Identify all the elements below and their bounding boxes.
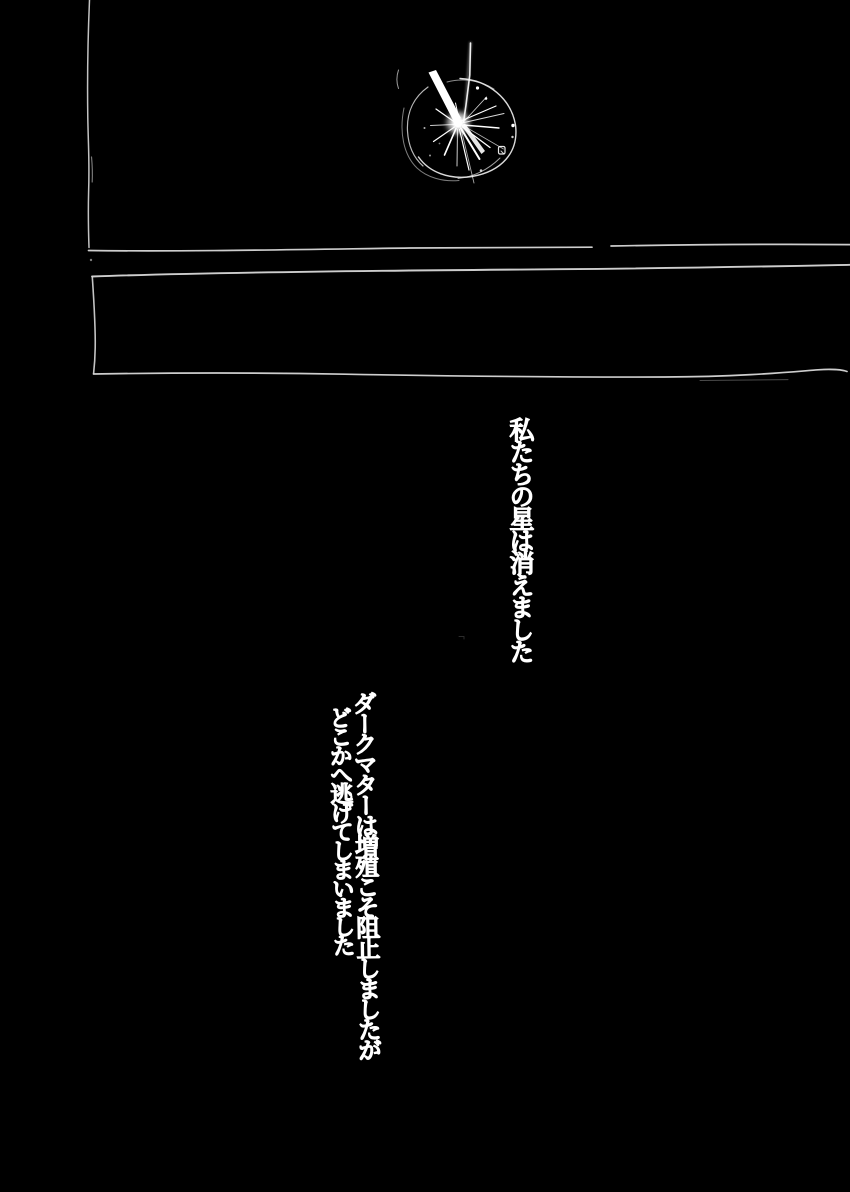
manga-page: 私たちの星は消えました ダークマターは増殖こそ阻止しましたが どこかへ逃げてしま… bbox=[0, 0, 850, 1192]
page-artwork bbox=[0, 0, 850, 1192]
stray-dot-left-margin bbox=[90, 259, 92, 261]
panel-divider-line-2 bbox=[92, 265, 850, 277]
panel-left-border-overstroke bbox=[92, 157, 93, 182]
middle-panel-left-border bbox=[92, 277, 95, 374]
panel-divider-line-1-right bbox=[611, 244, 850, 246]
panel-divider-line-3-ghost-stroke bbox=[700, 380, 788, 381]
stray-faint-mark bbox=[459, 637, 464, 640]
narration-text-dark-matter-proliferation: ダークマターは増殖こそ阻止しましたが bbox=[350, 691, 380, 1059]
panel-divider-line-3 bbox=[94, 369, 848, 377]
panel-divider-line-1-left bbox=[89, 247, 593, 251]
stray-arc-tick bbox=[397, 70, 399, 89]
narration-text-our-star-vanished: 私たちの星は消えました bbox=[508, 417, 533, 661]
panel-left-vertical-border bbox=[88, 0, 90, 248]
stray-marks bbox=[90, 259, 464, 639]
starburst-explosion-sketch bbox=[397, 43, 516, 183]
narration-text-escaped-somewhere: どこかへ逃げてしまいました bbox=[326, 706, 353, 953]
